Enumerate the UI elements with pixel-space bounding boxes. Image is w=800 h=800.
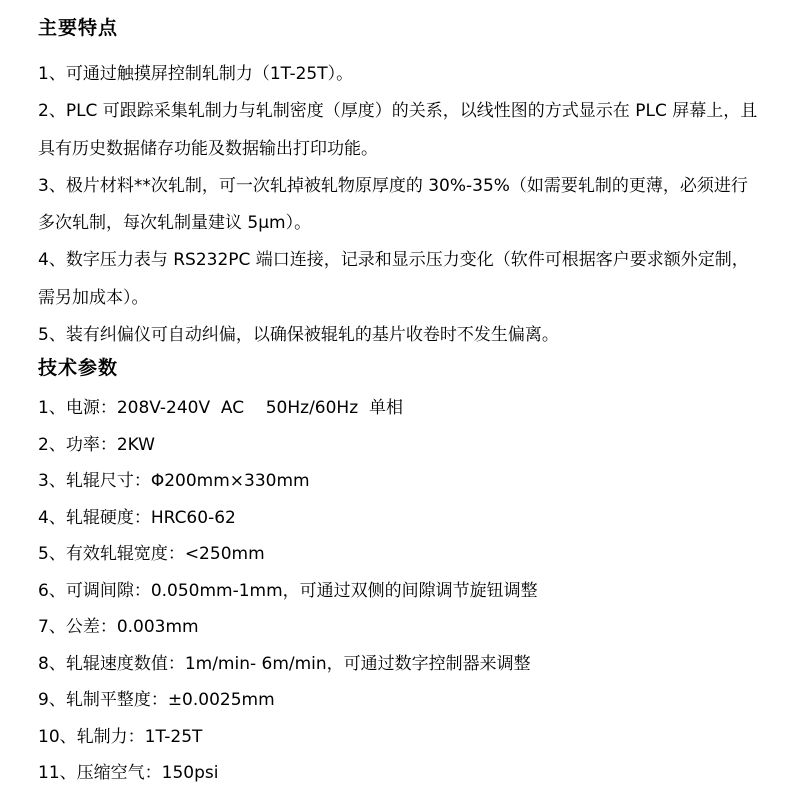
feature-item-1: 1、可通过触摸屏控制轧制力（1T-25T）。 — [38, 56, 760, 93]
document-page: 主要特点 1、可通过触摸屏控制轧制力（1T-25T）。 2、PLC 可跟踪采集轧… — [0, 0, 800, 800]
spec-item-2: 2、功率：2KW — [38, 427, 760, 464]
spec-item-1: 1、电源：208V-240V AC 50Hz/60Hz 单相 — [38, 390, 760, 427]
spec-item-9: 9、轧制平整度：±0.0025mm — [38, 682, 760, 719]
feature-item-2: 2、PLC 可跟踪采集轧制力与轧制密度（厚度）的关系，以线性图的方式显示在 PL… — [38, 93, 760, 168]
spec-item-8: 8、轧辊速度数值：1m/min- 6m/min，可通过数字控制器来调整 — [38, 646, 760, 683]
feature-item-4: 4、数字压力表与 RS232PC 端口连接，记录和显示压力变化（软件可根据客户要… — [38, 242, 760, 317]
section-heading-features: 主要特点 — [38, 14, 760, 42]
spec-item-4: 4、轧辊硬度：HRC60-62 — [38, 500, 760, 537]
feature-item-5: 5、装有纠偏仪可自动纠偏，以确保被辊轧的基片收卷时不发生偏离。 — [38, 317, 760, 354]
feature-item-3: 3、极片材料**次轧制，可一次轧掉被轧物原厚度的 30%-35%（如需要轧制的更… — [38, 168, 760, 243]
spec-item-10: 10、轧制力：1T-25T — [38, 719, 760, 756]
spec-item-3: 3、轧辊尺寸：Φ200mm×330mm — [38, 463, 760, 500]
spec-item-11: 11、压缩空气：150psi — [38, 755, 760, 792]
spec-item-5: 5、有效轧辊宽度：<250mm — [38, 536, 760, 573]
spec-item-6: 6、可调间隙：0.050mm-1mm，可通过双侧的间隙调节旋钮调整 — [38, 573, 760, 610]
section-heading-specs: 技术参数 — [38, 354, 760, 382]
spec-item-7: 7、公差：0.003mm — [38, 609, 760, 646]
